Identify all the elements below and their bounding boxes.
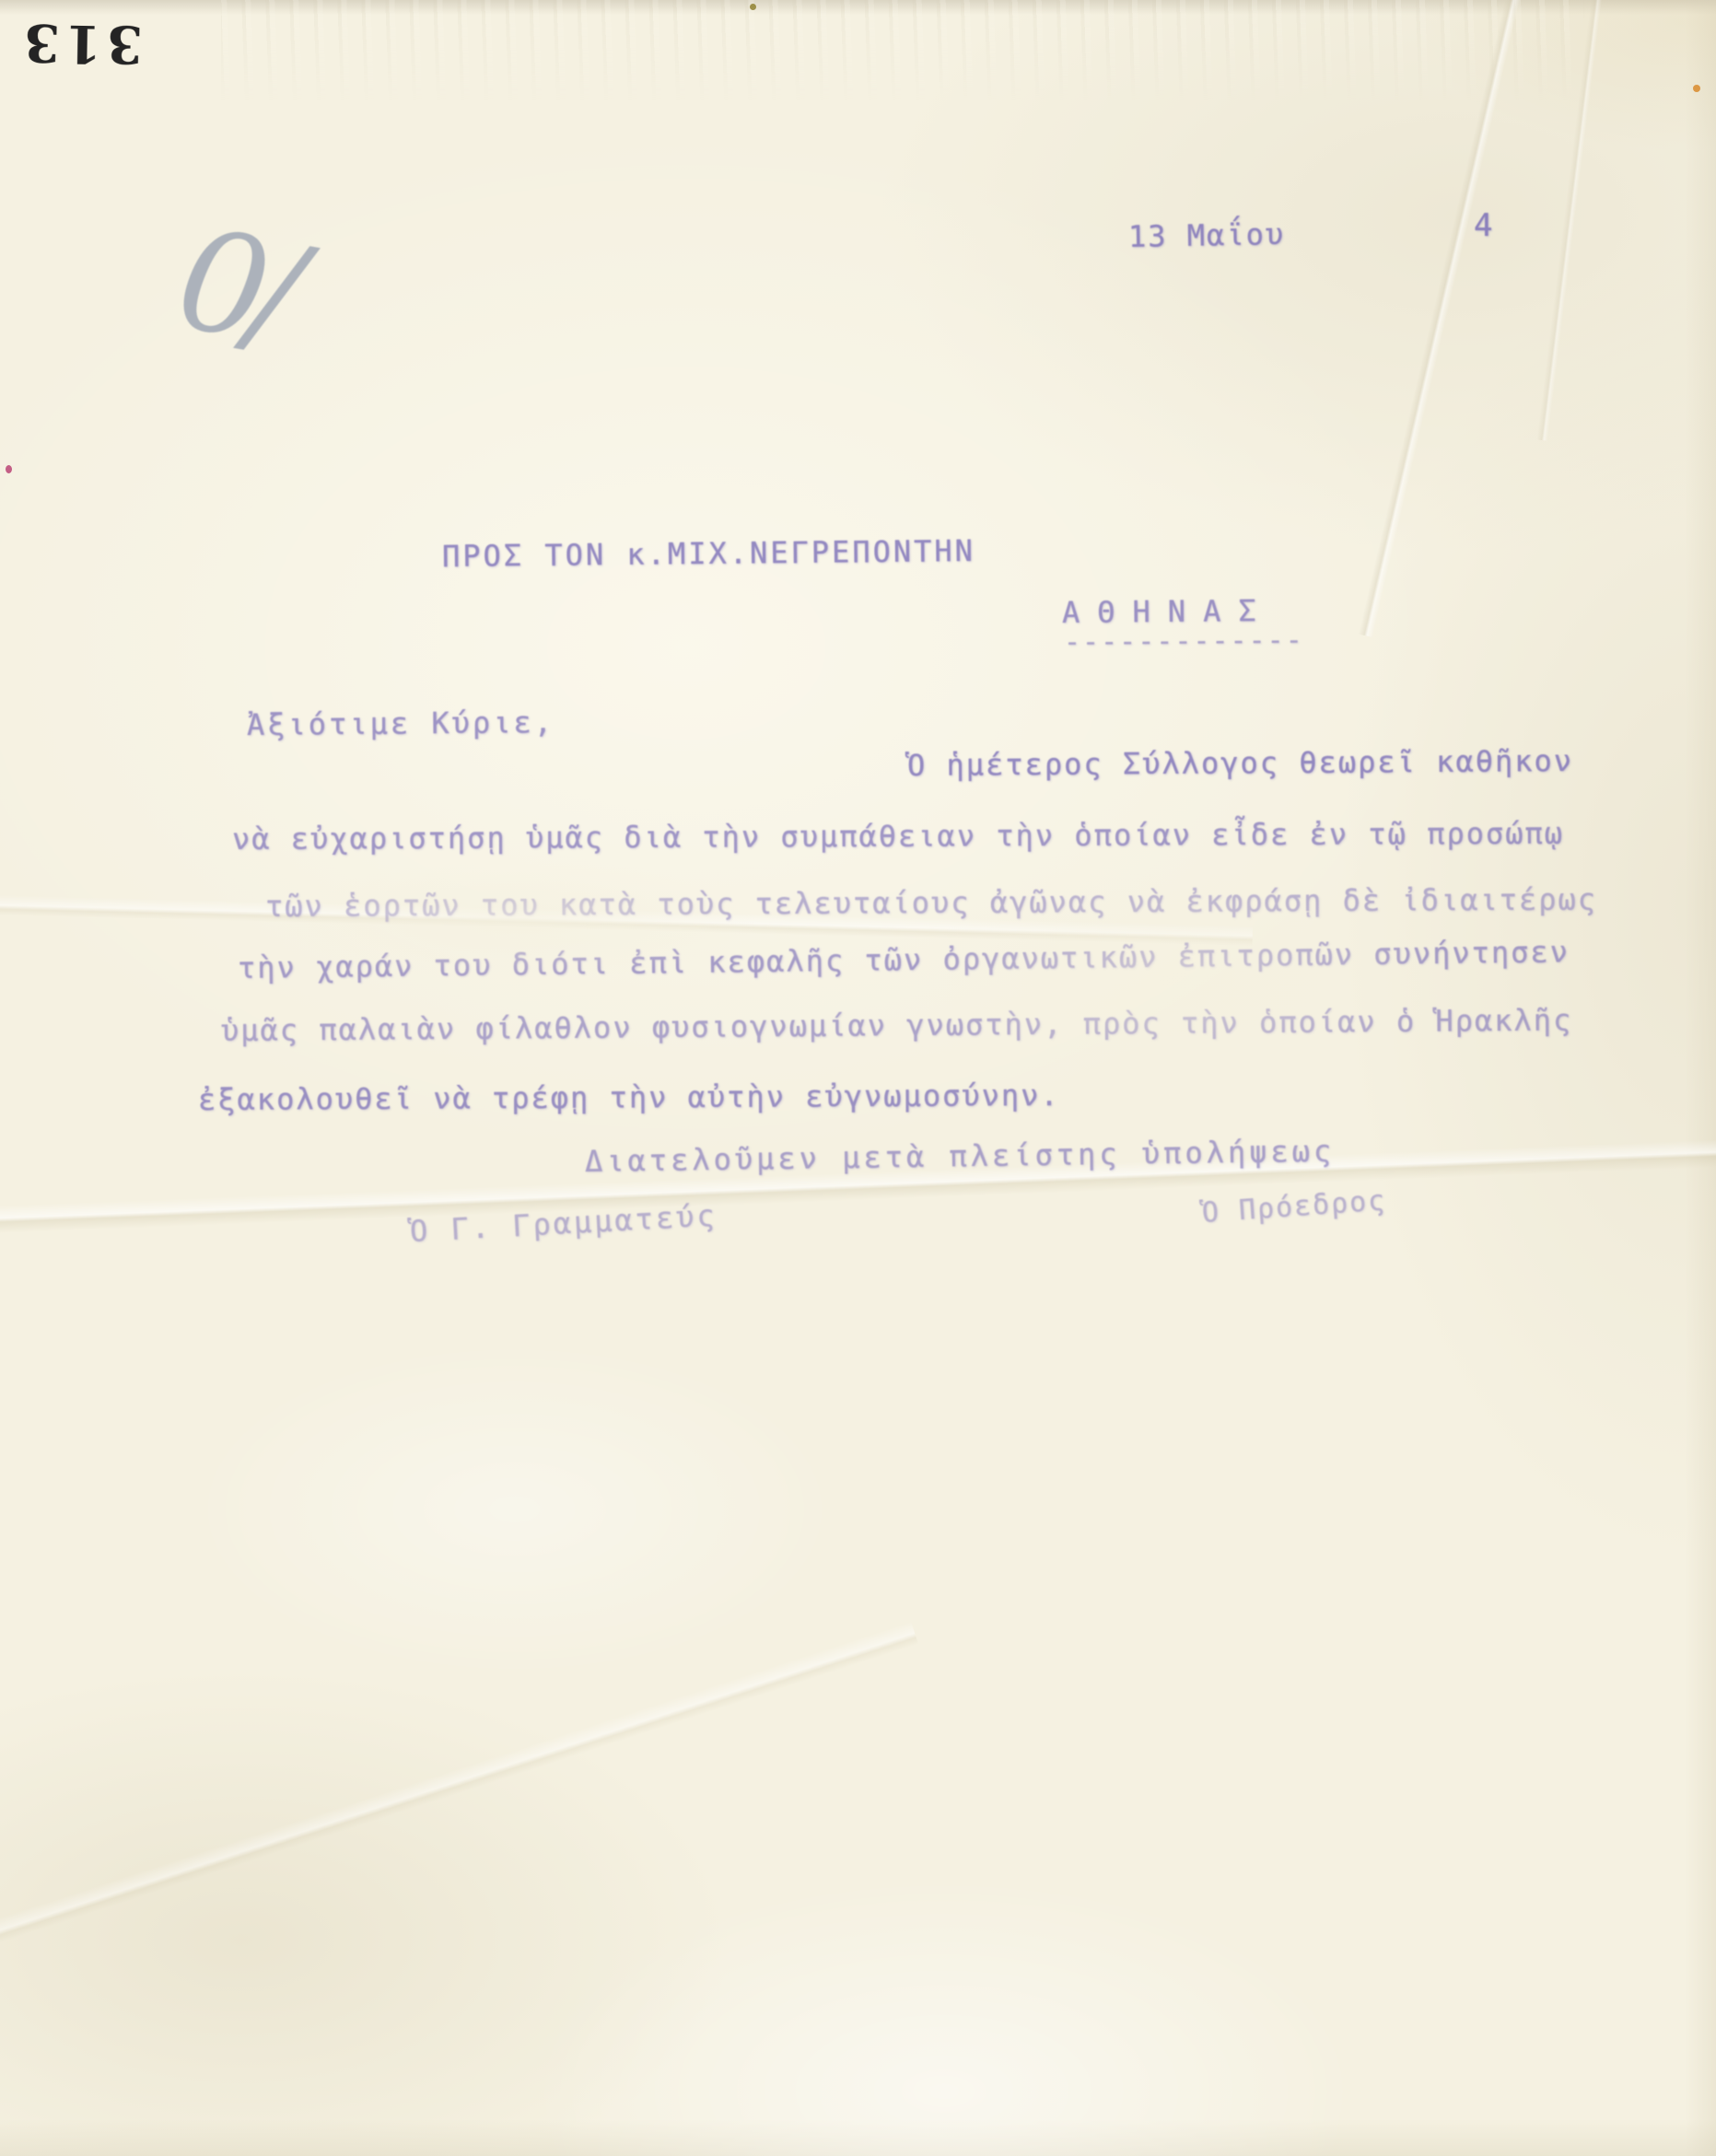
body-line: τὴν χαράν του διότι ἐπὶ κεφαλῆς τῶν ὀργα… bbox=[238, 934, 1570, 985]
paper-speck bbox=[750, 4, 756, 10]
paper-speck bbox=[6, 465, 12, 473]
paper-speck bbox=[1693, 85, 1700, 92]
date-stamp: 13 Μαΐου bbox=[1128, 216, 1286, 254]
body-line: Ὁ ἡμέτερος Σύλλογος θεωρεῖ καθῆκον bbox=[907, 743, 1573, 783]
city-underline: ------------- bbox=[1064, 624, 1304, 658]
body-line: νὰ εὐχαριστήσῃ ὑμᾶς διὰ τὴν συμπάθειαν τ… bbox=[232, 816, 1564, 857]
handwritten-zero-slash-mark: 0/ bbox=[167, 199, 301, 376]
body-line: ἐξακολουθεῖ νὰ τρέφῃ τὴν αὐτὴν εὐγνωμοσύ… bbox=[198, 1078, 1060, 1117]
body-line: ὑμᾶς παλαιὰν φίλαθλον φυσιογνωμίαν γνωστ… bbox=[221, 1002, 1573, 1048]
secretary-signature-line: Ὁ Γ. Γραμματεύς bbox=[409, 1198, 718, 1249]
archive-number-stamp: 313 bbox=[22, 12, 143, 75]
salutation: Ἀξιότιμε Κύριε, bbox=[247, 705, 554, 742]
paper-crease bbox=[0, 1622, 918, 1958]
page-number: 4 bbox=[1474, 207, 1494, 244]
recipient-line: ΠΡΟΣ ΤΟΝ κ.ΜΙΧ.ΝΕΓΡΕΠΟΝΤΗΝ bbox=[442, 533, 975, 574]
paper-crinkle-texture bbox=[221, 0, 1584, 101]
closing-line: Διατελοῦμεν μετὰ πλείστης ὑπολήψεως bbox=[585, 1134, 1336, 1179]
scanned-letter-page: 313 0/ 13 Μαΐου 4 ΠΡΟΣ ΤΟΝ κ.ΜΙΧ.ΝΕΓΡΕΠΟ… bbox=[0, 0, 1716, 2156]
body-line: τῶν ἑορτῶν του κατὰ τοὺς τελευταίους ἀγῶ… bbox=[265, 881, 1597, 924]
president-signature-line: Ὁ Πρόεδρος bbox=[1201, 1184, 1388, 1230]
